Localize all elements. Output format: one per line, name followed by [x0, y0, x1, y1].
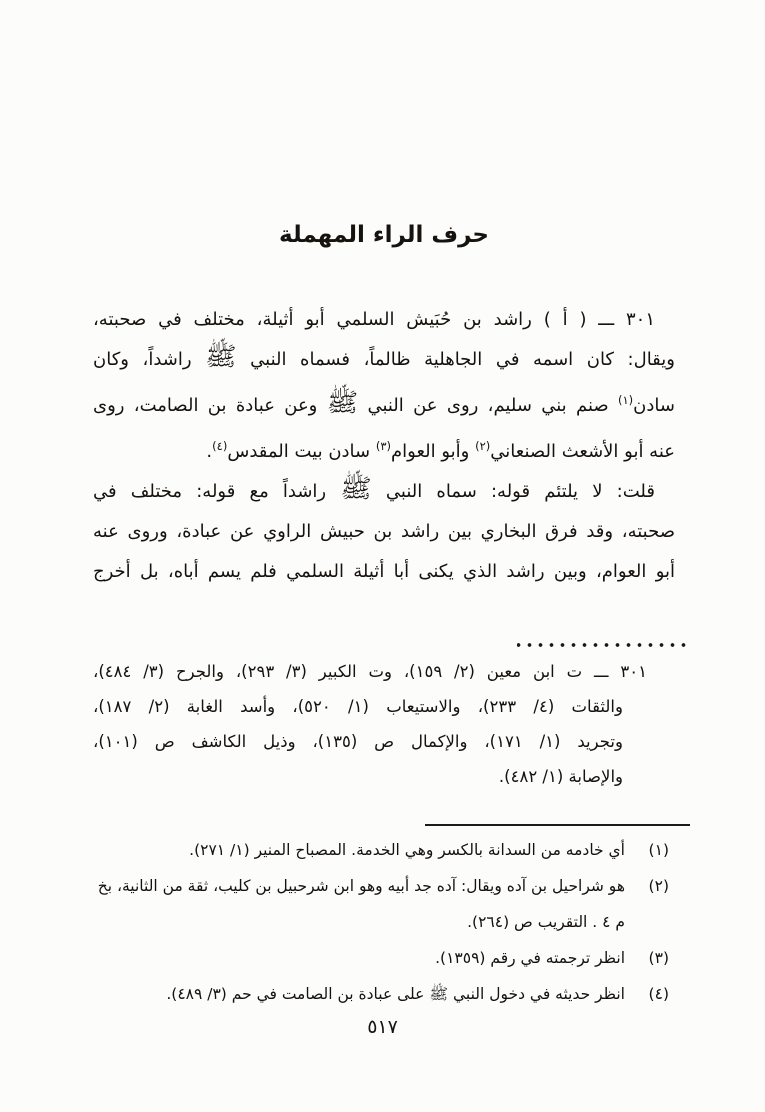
footnote-text: أي خادمه من السدانة بالكسر وهي الخدمة. ا…	[189, 841, 625, 859]
footnote-text: انظر حديثه في دخول النبي ﷺ على عبادة بن …	[166, 985, 625, 1003]
page-number: ٥١٧	[0, 1016, 765, 1038]
body-line: قلت: لا يلتئم قوله: سماه النبي ﷺ راشداً …	[93, 472, 675, 512]
references-block: ٣٠١ ـــ ت ابن معين (٢/ ١٥٩)، وت الكبير (…	[93, 654, 675, 794]
body-line: أبو العوام، وبين راشد الذي يكنى أبا أثيل…	[93, 552, 675, 592]
footnote-number: (٣)	[649, 940, 669, 976]
body-line: عنه أبو الأشعث الصنعاني(٢) وأبو العوام(٣…	[93, 426, 675, 472]
body-line: سادن(١) صنم بني سليم، روى عن النبي ﷺ وعن…	[93, 380, 675, 426]
chapter-title: حرف الراء المهملة	[93, 222, 675, 248]
body-line: ٣٠١ ـــ ( أ ) راشد بن حُبَيش السلمي أبو …	[93, 300, 675, 340]
reference-line: والثقات (٤/ ٢٣٣)، والاستيعاب (١/ ٥٢٠)، و…	[93, 689, 647, 724]
reference-line: والإصابة (١/ ٤٨٢).	[93, 759, 647, 794]
reference-line: ٣٠١ ـــ ت ابن معين (٢/ ١٥٩)، وت الكبير (…	[93, 654, 647, 689]
footnotes-block: (١) أي خادمه من السدانة بالكسر وهي الخدم…	[93, 832, 675, 1012]
main-text: ٣٠١ ـــ ( أ ) راشد بن حُبَيش السلمي أبو …	[93, 300, 675, 592]
footnote: (٢) هو شراحيل بن آده ويقال: آده جد أبيه …	[93, 868, 675, 940]
footnote: (٤) انظر حديثه في دخول النبي ﷺ على عبادة…	[93, 976, 675, 1012]
footnote-number: (٢)	[649, 868, 669, 904]
body-line: صحبته، وقد فرق البخاري بين راشد بن حبيش …	[93, 512, 675, 552]
reference-line: وتجريد (١/ ١٧١)، والإكمال ص (١٣٥)، وذيل …	[93, 724, 647, 759]
dotted-separator	[517, 642, 689, 648]
footnote-number: (٤)	[649, 976, 669, 1012]
footnote-number: (١)	[649, 832, 669, 868]
footnote-text: انظر ترجمته في رقم (١٣٥٩).	[435, 949, 625, 967]
footnote-rule	[425, 824, 690, 826]
footnote: (٣) انظر ترجمته في رقم (١٣٥٩).	[93, 940, 675, 976]
book-page: حرف الراء المهملة ٣٠١ ـــ ( أ ) راشد بن …	[0, 0, 765, 1112]
footnote-text: هو شراحيل بن آده ويقال: آده جد أبيه وهو …	[98, 877, 625, 931]
footnote: (١) أي خادمه من السدانة بالكسر وهي الخدم…	[93, 832, 675, 868]
body-line: ويقال: كان اسمه في الجاهلية ظالماً، فسما…	[93, 340, 675, 380]
